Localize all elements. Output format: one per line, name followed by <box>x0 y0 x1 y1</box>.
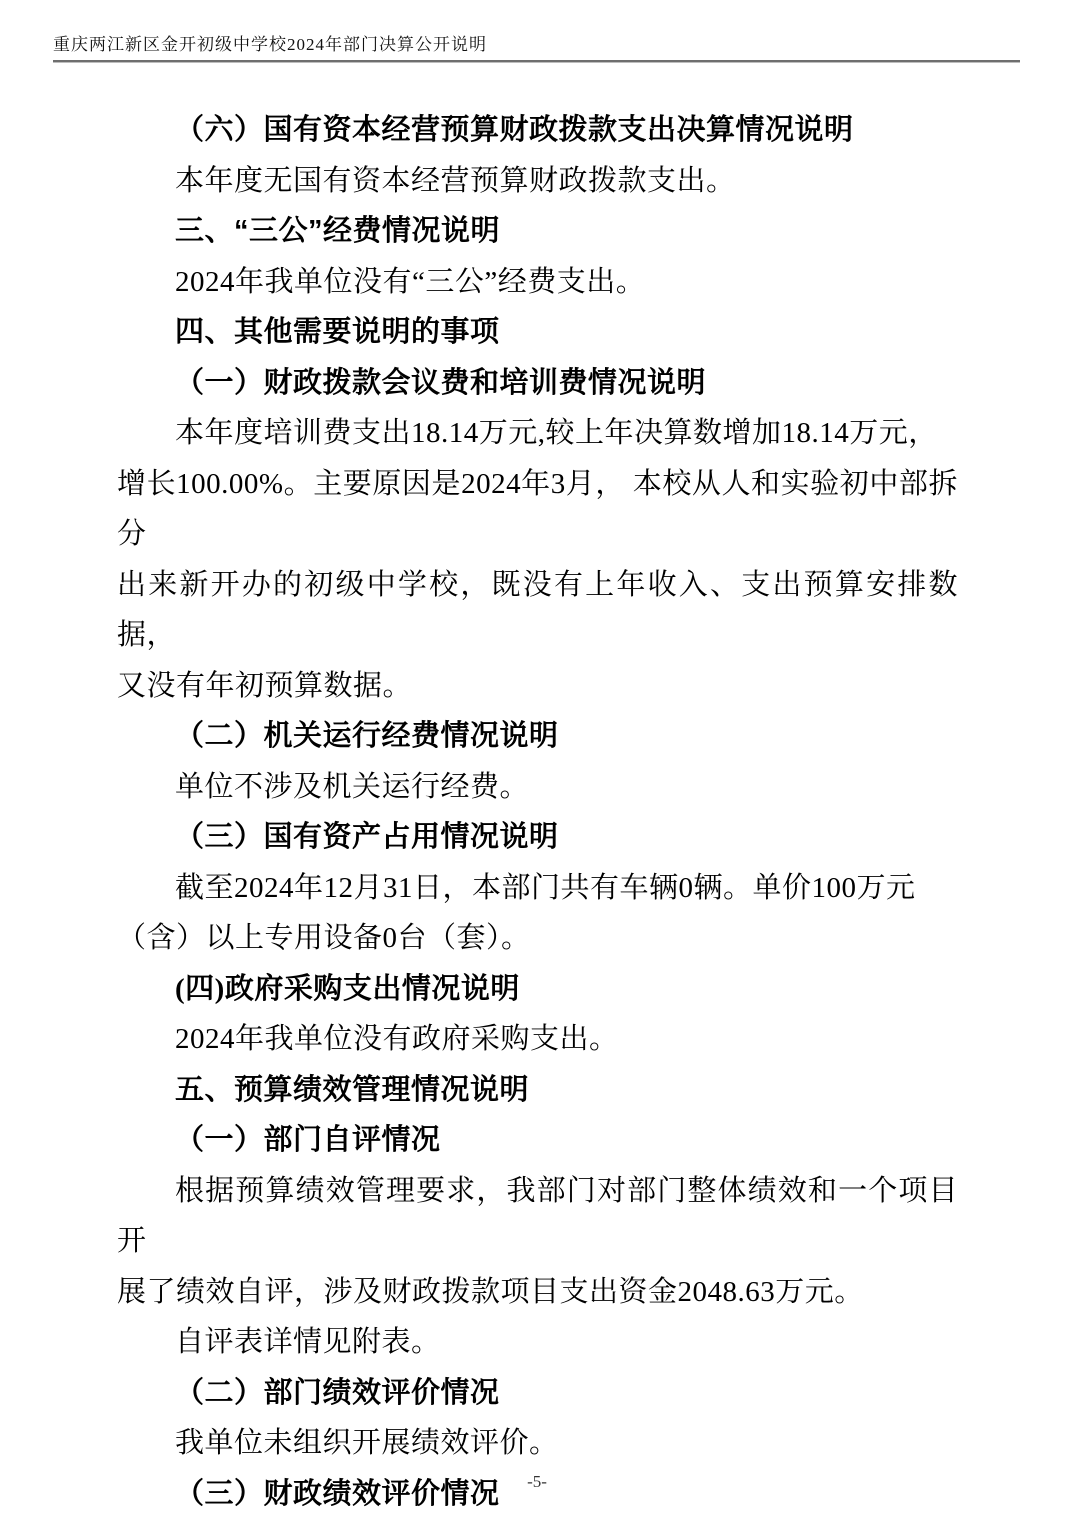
para-soe-budget-none: 本年度无国有资本经营预算财政拨款支出。 <box>117 156 958 207</box>
para-three-public-funds-none: 2024年我单位没有“三公”经费支出。 <box>117 257 958 308</box>
subheading-4-gov-procurement: (四)政府采购支出情况说明 <box>117 964 958 1015</box>
para-gov-procurement-none: 2024年我单位没有政府采购支出。 <box>117 1014 958 1065</box>
para-self-evaluation-table-note: 自评表详情见附表。 <box>117 1317 958 1368</box>
para-state-assets-details: 截至2024年12月31日，本部门共有车辆0辆。单价100万元 （含）以上专用设… <box>117 863 958 964</box>
document-page: 重庆两江新区金开初级中学校2024年部门决算公开说明 （六）国有资本经营预算财政… <box>0 0 1074 1520</box>
document-body: （六）国有资本经营预算财政拨款支出决算情况说明 本年度无国有资本经营预算财政拨款… <box>117 105 958 1519</box>
subheading-2-dept-performance-eval: （二）部门绩效评价情况 <box>117 1368 958 1419</box>
para-operating-expenses-none: 单位不涉及机关运行经费。 <box>117 762 958 813</box>
heading-budget-performance: 五、预算绩效管理情况说明 <box>117 1065 958 1116</box>
para-dept-performance-eval-none: 我单位未组织开展绩效评价。 <box>117 1418 958 1469</box>
para-self-evaluation-details: 根据预算绩效管理要求，我部门对部门整体绩效和一个项目开 展了绩效自评，涉及财政拨… <box>117 1166 958 1318</box>
page-footer: -5- <box>0 1472 1074 1492</box>
subheading-2-operating-expenses: （二）机关运行经费情况说明 <box>117 711 958 762</box>
subheading-3-state-assets: （三）国有资产占用情况说明 <box>117 812 958 863</box>
page-number: -5- <box>527 1472 547 1491</box>
heading-other-matters: 四、其他需要说明的事项 <box>117 307 958 358</box>
subheading-1-self-evaluation: （一）部门自评情况 <box>117 1115 958 1166</box>
subheading-6-soe-budget: （六）国有资本经营预算财政拨款支出决算情况说明 <box>117 105 958 156</box>
subheading-1-meeting-training-fees: （一）财政拨款会议费和培训费情况说明 <box>117 358 958 409</box>
heading-three-public-funds: 三、“三公”经费情况说明 <box>117 206 958 257</box>
para-training-fee-details: 本年度培训费支出18.14万元,较上年决算数增加18.14万元， 增长100.0… <box>117 408 958 711</box>
header-rule <box>53 60 1020 63</box>
header-title: 重庆两江新区金开初级中学校2024年部门决算公开说明 <box>53 0 1020 60</box>
page-header: 重庆两江新区金开初级中学校2024年部门决算公开说明 <box>53 0 1020 63</box>
